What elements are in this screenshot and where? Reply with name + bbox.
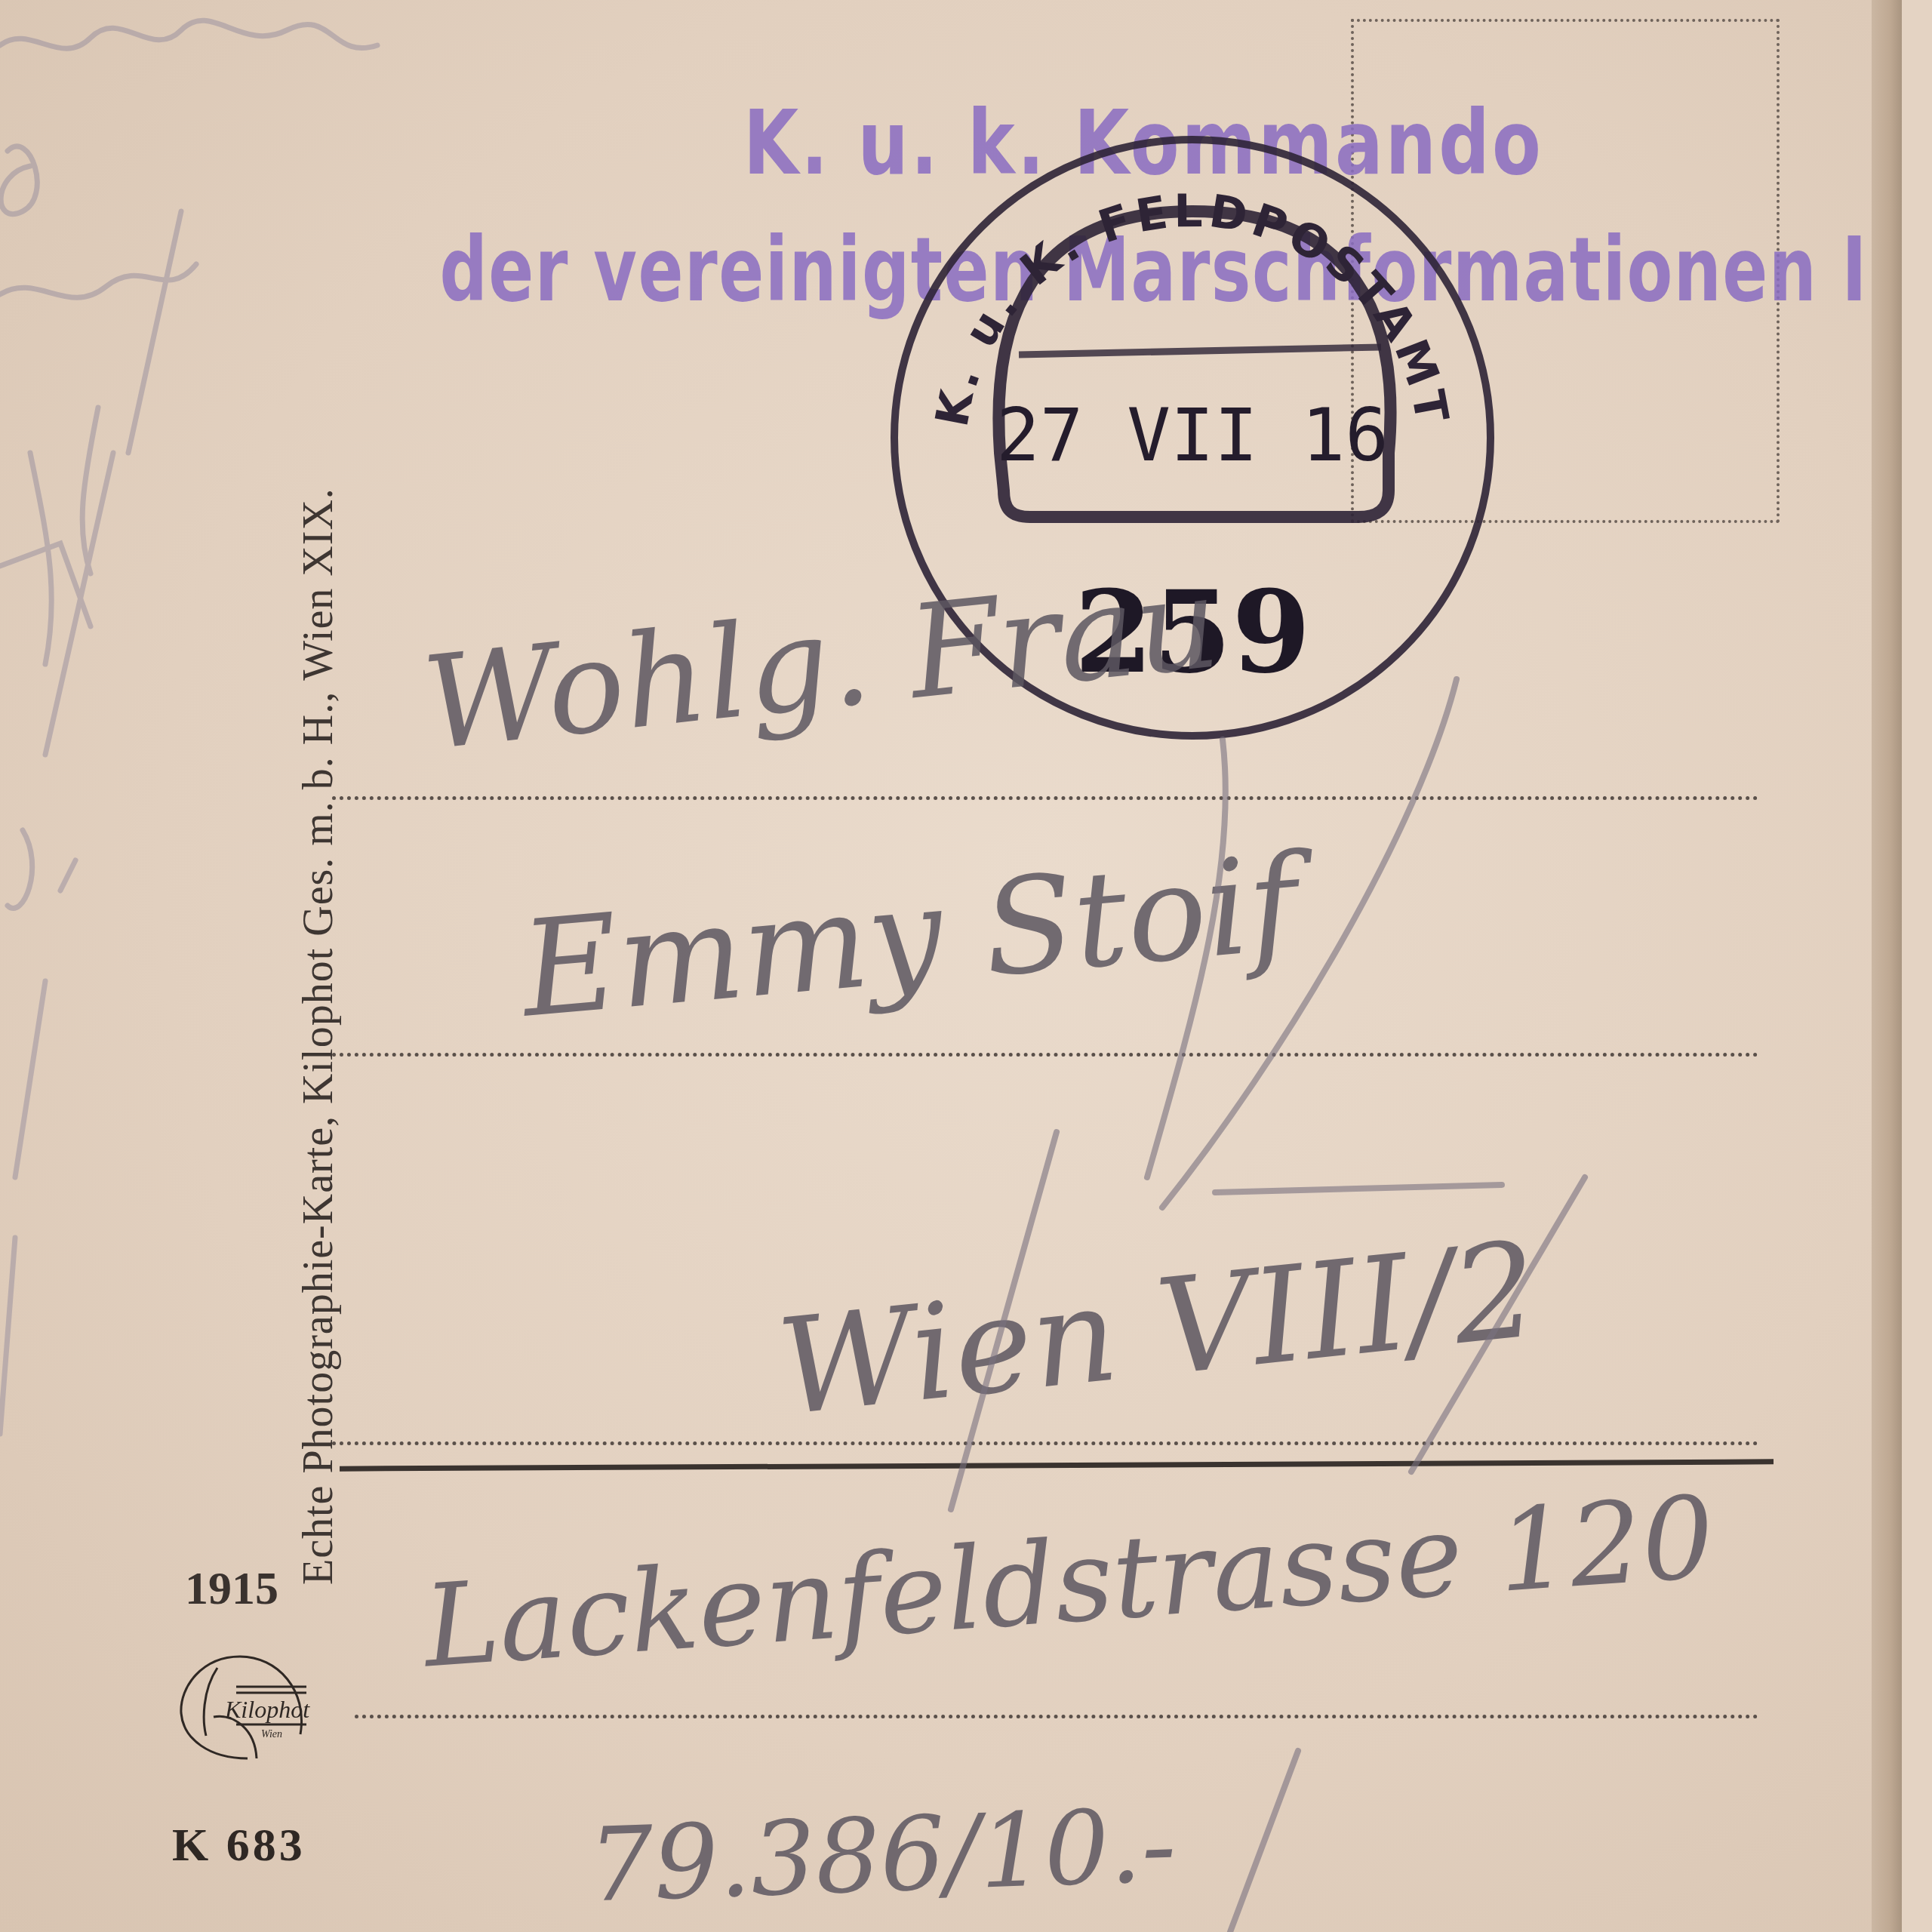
- pencil-flourishes: [0, 0, 1902, 1932]
- card-edge: [1872, 0, 1902, 1932]
- postcard: Echte Photographie-Karte, Kilophot Ges. …: [0, 0, 1902, 1932]
